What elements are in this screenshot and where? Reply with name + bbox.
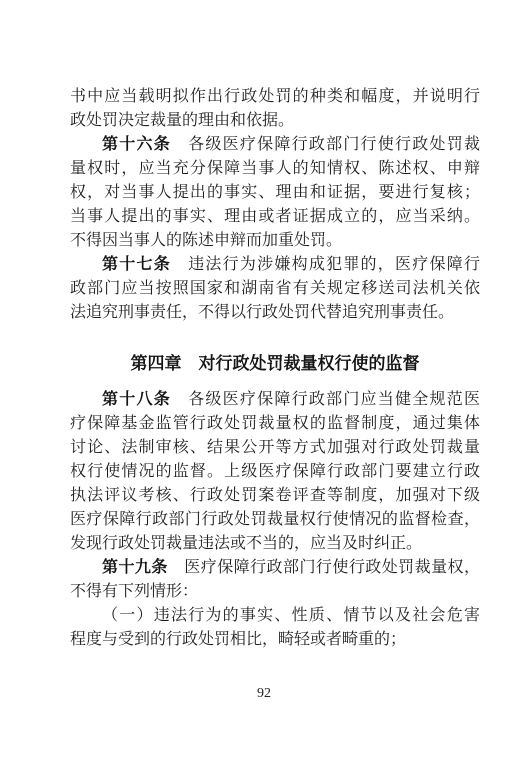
chapter-heading: 第四章 对行政处罚裁量权行使的监督 <box>70 352 480 376</box>
text-run: 量权时，应当充分保障当事人的知情权、陈述权、申辩 <box>70 160 480 177</box>
text-run: 权行使情况的监督。上级医疗保障行政部门要建立行政 <box>70 463 480 480</box>
text-run: 书中应当载明拟作出行政处罚的种类和幅度，并说明行 <box>70 88 480 105</box>
text-run: 疗保障基金监管行政处罚裁量权的监督制度，通过集体 <box>70 415 480 432</box>
article-number-label: 第四章 对行政处罚裁量权行使的监督 <box>131 354 420 373</box>
article-number-label: 第十九条 <box>102 559 168 576</box>
text-run: 不得因当事人的陈述申辩而加重处罚。 <box>70 232 342 249</box>
text-line: 政部门应当按照国家和湖南省有关规定移送司法机关依 <box>70 277 480 301</box>
document-text-block: 书中应当载明拟作出行政处罚的种类和幅度，并说明行政处罚决定裁量的理由和依据。第十… <box>70 85 480 652</box>
text-run: 不得有下列情形： <box>70 583 198 600</box>
text-line: 发现行政处罚裁量违法或不当的，应当及时纠正。 <box>70 532 480 556</box>
body-paragraph: 第十六条 各级医疗保障行政部门行使行政处罚裁量权时，应当充分保障当事人的知情权、… <box>70 133 480 253</box>
text-line: 量权时，应当充分保障当事人的知情权、陈述权、申辩 <box>70 157 480 181</box>
text-line: 程度与受到的行政处罚相比，畸轻或者畸重的； <box>70 628 480 652</box>
document-page: 书中应当载明拟作出行政处罚的种类和幅度，并说明行政处罚决定裁量的理由和依据。第十… <box>0 0 528 767</box>
text-line: （一）违法行为的事实、性质、情节以及社会危害 <box>70 604 480 628</box>
text-line: 书中应当载明拟作出行政处罚的种类和幅度，并说明行 <box>70 85 480 109</box>
text-run: 医疗保障行政部门行政处罚裁量权行使情况的监督检查， <box>70 511 480 528</box>
text-line: 讨论、法制审核、结果公开等方式加强对行政处罚裁量 <box>70 436 480 460</box>
text-line: 疗保障基金监管行政处罚裁量权的监督制度，通过集体 <box>70 412 480 436</box>
body-paragraph: 第十八条 各级医疗保障行政部门应当健全规范医疗保障基金监管行政处罚裁量权的监督制… <box>70 388 480 556</box>
body-paragraph: 第十九条 医疗保障行政部门行使行政处罚裁量权，不得有下列情形： <box>70 556 480 604</box>
text-line: 不得因当事人的陈述申辩而加重处罚。 <box>70 229 480 253</box>
page-number: 92 <box>0 684 528 704</box>
text-line: 执法评议考核、行政处罚案卷评查等制度，加强对下级 <box>70 484 480 508</box>
text-run: 各级医疗保障行政部门应当健全规范医 <box>171 391 480 408</box>
chapter-heading-line: 第四章 对行政处罚裁量权行使的监督 <box>70 352 480 376</box>
body-paragraph: （一）违法行为的事实、性质、情节以及社会危害程度与受到的行政处罚相比，畸轻或者畸… <box>70 604 480 652</box>
text-run: 讨论、法制审核、结果公开等方式加强对行政处罚裁量 <box>70 439 480 456</box>
text-run: 当事人提出的事实、理由或者证据成立的，应当采纳。 <box>70 208 480 225</box>
text-run: （一）违法行为的事实、性质、情节以及社会危害 <box>102 607 480 624</box>
text-run: 执法评议考核、行政处罚案卷评查等制度，加强对下级 <box>70 487 480 504</box>
body-paragraph: 第十七条 违法行为涉嫌构成犯罪的，医疗保障行政部门应当按照国家和湖南省有关规定移… <box>70 253 480 325</box>
text-line: 第十九条 医疗保障行政部门行使行政处罚裁量权， <box>70 556 480 580</box>
text-line: 不得有下列情形： <box>70 580 480 604</box>
article-number-label: 第十六条 <box>102 136 171 153</box>
text-line: 权，对当事人提出的事实、理由和证据，要进行复核； <box>70 181 480 205</box>
text-run: 政处罚决定裁量的理由和依据。 <box>70 112 294 129</box>
text-run: 医疗保障行政部门行使行政处罚裁量权， <box>168 559 480 576</box>
article-number-label: 第十七条 <box>102 256 171 273</box>
article-number-label: 第十八条 <box>102 391 171 408</box>
text-run: 违法行为涉嫌构成犯罪的，医疗保障行 <box>171 256 480 273</box>
text-run: 各级医疗保障行政部门行使行政处罚裁 <box>171 136 480 153</box>
text-line: 第十七条 违法行为涉嫌构成犯罪的，医疗保障行 <box>70 253 480 277</box>
body-paragraph: 书中应当载明拟作出行政处罚的种类和幅度，并说明行政处罚决定裁量的理由和依据。 <box>70 85 480 133</box>
text-line: 政处罚决定裁量的理由和依据。 <box>70 109 480 133</box>
text-run: 权，对当事人提出的事实、理由和证据，要进行复核； <box>70 184 480 201</box>
text-run: 程度与受到的行政处罚相比，畸轻或者畸重的； <box>70 631 406 648</box>
text-line: 当事人提出的事实、理由或者证据成立的，应当采纳。 <box>70 205 480 229</box>
text-line: 医疗保障行政部门行政处罚裁量权行使情况的监督检查， <box>70 508 480 532</box>
text-line: 法追究刑事责任，不得以行政处罚代替追究刑事责任。 <box>70 301 480 325</box>
text-line: 权行使情况的监督。上级医疗保障行政部门要建立行政 <box>70 460 480 484</box>
text-run: 发现行政处罚裁量违法或不当的，应当及时纠正。 <box>70 535 422 552</box>
text-line: 第十八条 各级医疗保障行政部门应当健全规范医 <box>70 388 480 412</box>
text-run: 法追究刑事责任，不得以行政处罚代替追究刑事责任。 <box>70 304 454 321</box>
text-run: 政部门应当按照国家和湖南省有关规定移送司法机关依 <box>70 280 480 297</box>
text-line: 第十六条 各级医疗保障行政部门行使行政处罚裁 <box>70 133 480 157</box>
